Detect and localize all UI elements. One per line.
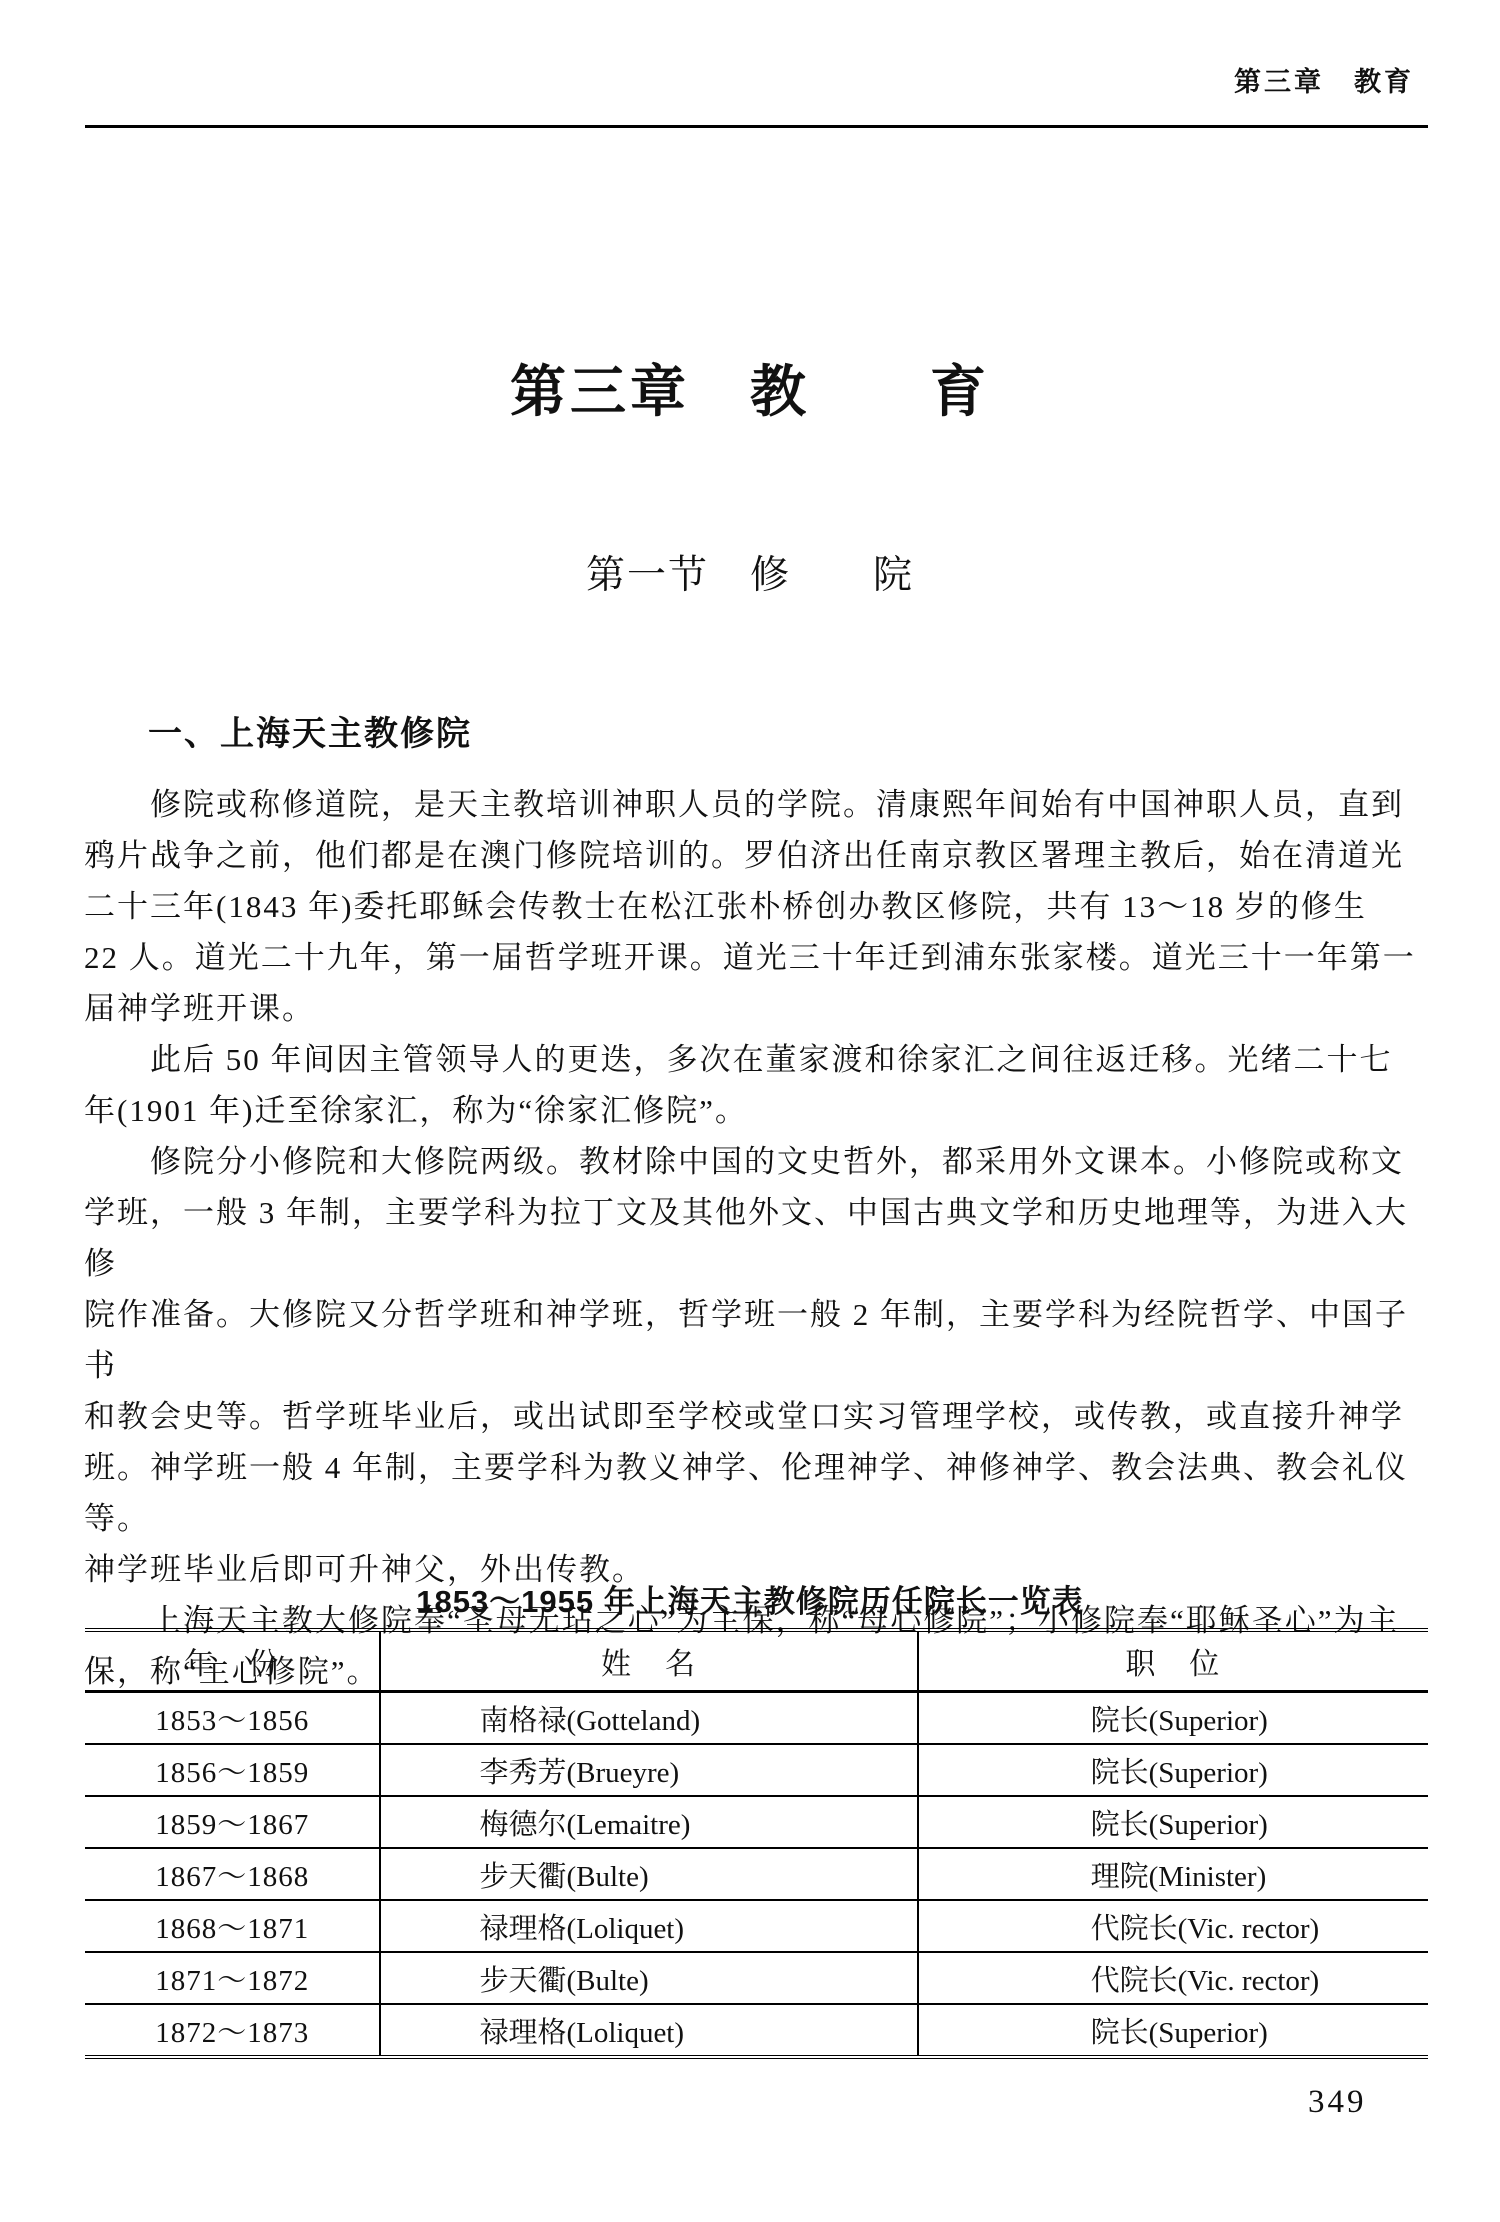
cell-position: 院长(Superior): [918, 1692, 1428, 1745]
page-number: 349: [1308, 2084, 1367, 2121]
cell-position: 代院长(Vic. rector): [918, 1900, 1428, 1952]
cell-year: 1867～1868: [85, 1848, 380, 1900]
subsection-heading: 一、上海天主教修院: [148, 706, 472, 755]
table-row: 1859～1867 梅德尔(Lemaitre) 院长(Superior): [85, 1796, 1428, 1848]
header-rule: [85, 125, 1428, 128]
table-row: 1868～1871 禄理格(Loliquet) 代院长(Vic. rector): [85, 1900, 1428, 1952]
paragraph-relocations: 此后 50 年间因主管领导人的更迭，多次在董家渡和徐家汇之间往返迁移。光绪二十七…: [84, 1034, 1430, 1136]
column-header-year: 年 份: [85, 1630, 380, 1692]
rectors-table: 年 份 姓 名 职 位 1853～1856 南格禄(Gotteland) 院长(…: [85, 1628, 1428, 2059]
cell-position: 代院长(Vic. rector): [918, 1952, 1428, 2004]
table-header-row: 年 份 姓 名 职 位: [85, 1630, 1428, 1692]
cell-name: 李秀芳(Brueyre): [380, 1744, 917, 1796]
section-title: 第一节 修 院: [0, 544, 1500, 600]
table-row: 1856～1859 李秀芳(Brueyre) 院长(Superior): [85, 1744, 1428, 1796]
table-row: 1853～1856 南格禄(Gotteland) 院长(Superior): [85, 1692, 1428, 1745]
table-row: 1867～1868 步天衢(Bulte) 理院(Minister): [85, 1848, 1428, 1900]
table-row: 1871～1872 步天衢(Bulte) 代院长(Vic. rector): [85, 1952, 1428, 2004]
cell-name: 梅德尔(Lemaitre): [380, 1796, 917, 1848]
table-title: 1853～1955 年上海天主教修院历任院长一览表: [0, 1576, 1500, 1621]
column-header-name: 姓 名: [380, 1630, 917, 1692]
running-header: 第三章 教育: [1234, 60, 1414, 99]
cell-year: 1871～1872: [85, 1952, 380, 2004]
document-page: 第三章 教育 第三章 教 育 第一节 修 院 一、上海天主教修院 修院或称修道院…: [0, 0, 1500, 2222]
cell-year: 1853～1856: [85, 1692, 380, 1745]
cell-name: 南格禄(Gotteland): [380, 1692, 917, 1745]
column-header-position: 职 位: [918, 1630, 1428, 1692]
cell-name: 禄理格(Loliquet): [380, 2004, 917, 2057]
cell-position: 院长(Superior): [918, 2004, 1428, 2057]
cell-position: 院长(Superior): [918, 1744, 1428, 1796]
chapter-title: 第三章 教 育: [0, 348, 1500, 428]
cell-year: 1859～1867: [85, 1796, 380, 1848]
cell-year: 1856～1859: [85, 1744, 380, 1796]
cell-position: 院长(Superior): [918, 1796, 1428, 1848]
paragraph-history-origin: 修院或称修道院，是天主教培训神职人员的学院。清康熙年间始有中国神职人员，直到 鸦…: [84, 779, 1430, 1034]
body-text: 修院或称修道院，是天主教培训神职人员的学院。清康熙年间始有中国神职人员，直到 鸦…: [84, 779, 1430, 1697]
table-row: 1872～1873 禄理格(Loliquet) 院长(Superior): [85, 2004, 1428, 2057]
cell-year: 1872～1873: [85, 2004, 380, 2057]
cell-name: 步天衢(Bulte): [380, 1848, 917, 1900]
cell-position: 理院(Minister): [918, 1848, 1428, 1900]
cell-name: 禄理格(Loliquet): [380, 1900, 917, 1952]
paragraph-curriculum: 修院分小修院和大修院两级。教材除中国的文史哲外，都采用外文课本。小修院或称文 学…: [84, 1136, 1430, 1595]
cell-year: 1868～1871: [85, 1900, 380, 1952]
cell-name: 步天衢(Bulte): [380, 1952, 917, 2004]
